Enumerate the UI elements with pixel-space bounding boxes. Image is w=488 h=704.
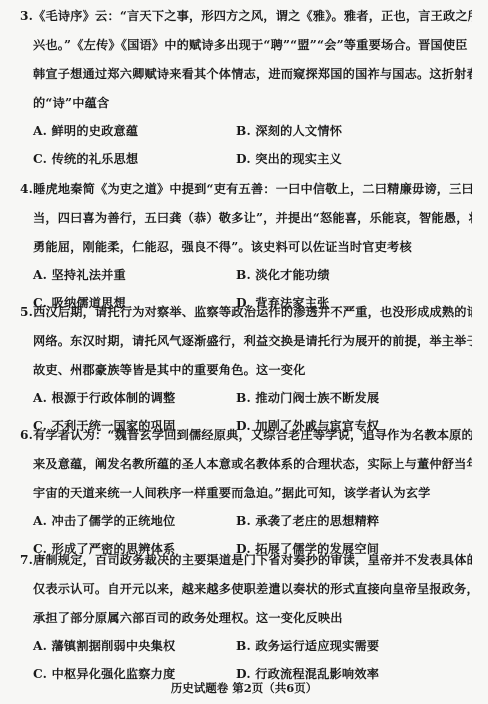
question-6: 6.有学者认为：“魏晋玄学回到儒经原典，又综合老庄等学说，追寻作为名教本原的天道… [20,421,472,564]
option-c[interactable]: C. 传统的礼乐思想 [33,146,138,172]
question-stem-line: 5.西汉后期，请托行为对察举、监察等政治运作的渗透并不严重，也没形成成熟的请托互… [20,298,472,327]
stem-text: 韩宣子想通过郑六卿赋诗来看其个体情志，进而窥探郑国的国祚与国志。这折射春秋时期 [20,60,472,89]
stem-text: 西汉后期，请托行为对察举、监察等政治运作的渗透并不严重，也没形成成熟的请托互利 [33,305,472,319]
stem-text: 故吏、州郡豪族等皆是其中的重要角色。这一变化 [20,356,472,385]
question-number: 3. [20,9,33,23]
question-stem-line: 3.《毛诗序》云：“言天下之事，形四方之风，谓之《雅》。雅者，正也，言王政之所由… [20,2,472,31]
question-4: 4.睡虎地秦简《为吏之道》中提到“吏有五善：一曰中信敬上，二曰精廉毋谤，三曰举事… [20,175,472,318]
question-stem-line: 4.睡虎地秦简《为吏之道》中提到“吏有五善：一曰中信敬上，二曰精廉毋谤，三曰举事… [20,175,472,204]
option-b[interactable]: B. 深刻的人文情怀 [236,118,342,144]
question-number: 7. [20,553,33,567]
exam-page: 3.《毛诗序》云：“言天下之事，形四方之风，谓之《雅》。雅者，正也，言王政之所由… [0,0,488,704]
stem-text: 的“诗”中蕴含 [20,89,472,118]
option-a[interactable]: A. 坚持礼法并重 [33,262,126,288]
option-a[interactable]: A. 鲜明的史政意蕴 [33,118,138,144]
question-5: 5.西汉后期，请托行为对察举、监察等政治运作的渗透并不严重，也没形成成熟的请托互… [20,298,472,441]
option-a[interactable]: A. 冲击了儒学的正统地位 [33,508,175,534]
stem-text: 兴也。”《左传》《国语》中的赋诗多出现于“聘”“盟”“会”等重要场合。晋国使臣 [20,31,472,60]
stem-text: 宇宙的天道来统一人间秩序一样重要而急迫。”据此可知，该学者认为玄学 [20,479,472,508]
stem-text: 来及意蕴，阐发名教所蕴的圣人本意或名教体系的合理状态，实际上与董仲舒当年以笼罩 [20,450,472,479]
options: A. 鲜明的史政意蕴 B. 深刻的人文情怀 C. 传统的礼乐思想 D. 突出的现… [20,118,472,174]
question-stem-line: 7.唐制规定，百司政务裁决的主要渠道是门下省对奏抄的审读，皇帝并不发表具体的意见… [20,546,472,575]
question-number: 5. [20,305,33,319]
option-a[interactable]: A. 根源于行政体制的调整 [33,385,175,411]
stem-text: 有学者认为：“魏晋玄学回到儒经原典，又综合老庄等学说，追寻作为名教本原的天道由 [33,428,472,442]
question-number: 4. [20,182,33,196]
stem-text: 勇能屈，刚能柔，仁能忍，强良不得”。该史料可以佐证当时官吏考核 [20,233,472,262]
option-d[interactable]: D. 突出的现实主义 [236,146,342,172]
option-a[interactable]: A. 藩镇割据削弱中央集权 [33,633,175,659]
option-b[interactable]: B. 推动门阀士族不断发展 [236,385,379,411]
stem-text: 网络。东汉时期，请托风气逐渐盛行，利益交换是请托行为展开的前提，举主举子、门生 [20,327,472,356]
stem-text: 《毛诗序》云：“言天下之事，形四方之风，谓之《雅》。雅者，正也，言王政之所由废 [33,9,472,23]
page-footer: 历史试题卷 第2页（共6页） [0,680,488,696]
stem-text: 睡虎地秦简《为吏之道》中提到“吏有五善：一曰中信敬上，二曰精廉毋谤，三曰举事审 [33,182,472,196]
question-3: 3.《毛诗序》云：“言天下之事，形四方之风，谓之《雅》。雅者，正也，言王政之所由… [20,2,472,174]
question-stem-line: 6.有学者认为：“魏晋玄学回到儒经原典，又综合老庄等学说，追寻作为名教本原的天道… [20,421,472,450]
stem-text: 唐制规定，百司政务裁决的主要渠道是门下省对奏抄的审读，皇帝并不发表具体的意见， [33,553,472,567]
option-b[interactable]: B. 淡化才能功绩 [236,262,330,288]
option-b[interactable]: B. 政务运行适应现实需要 [236,633,379,659]
question-7: 7.唐制规定，百司政务裁决的主要渠道是门下省对奏抄的审读，皇帝并不发表具体的意见… [20,546,472,689]
stem-text: 仅表示认可。自开元以来，越来越多使职差遣以奏状的形式直接向皇帝呈报政务，侵占和 [20,575,472,604]
stem-text: 承担了部分原属六部百司的政务处理权。这一变化反映出 [20,604,472,633]
option-b[interactable]: B. 承袭了老庄的思想精粹 [236,508,379,534]
question-number: 6. [20,428,33,442]
stem-text: 当，四曰喜为善行，五曰龚（恭）敬多让”，并提出“怒能喜，乐能哀，智能愚，壮能衰， [20,204,472,233]
